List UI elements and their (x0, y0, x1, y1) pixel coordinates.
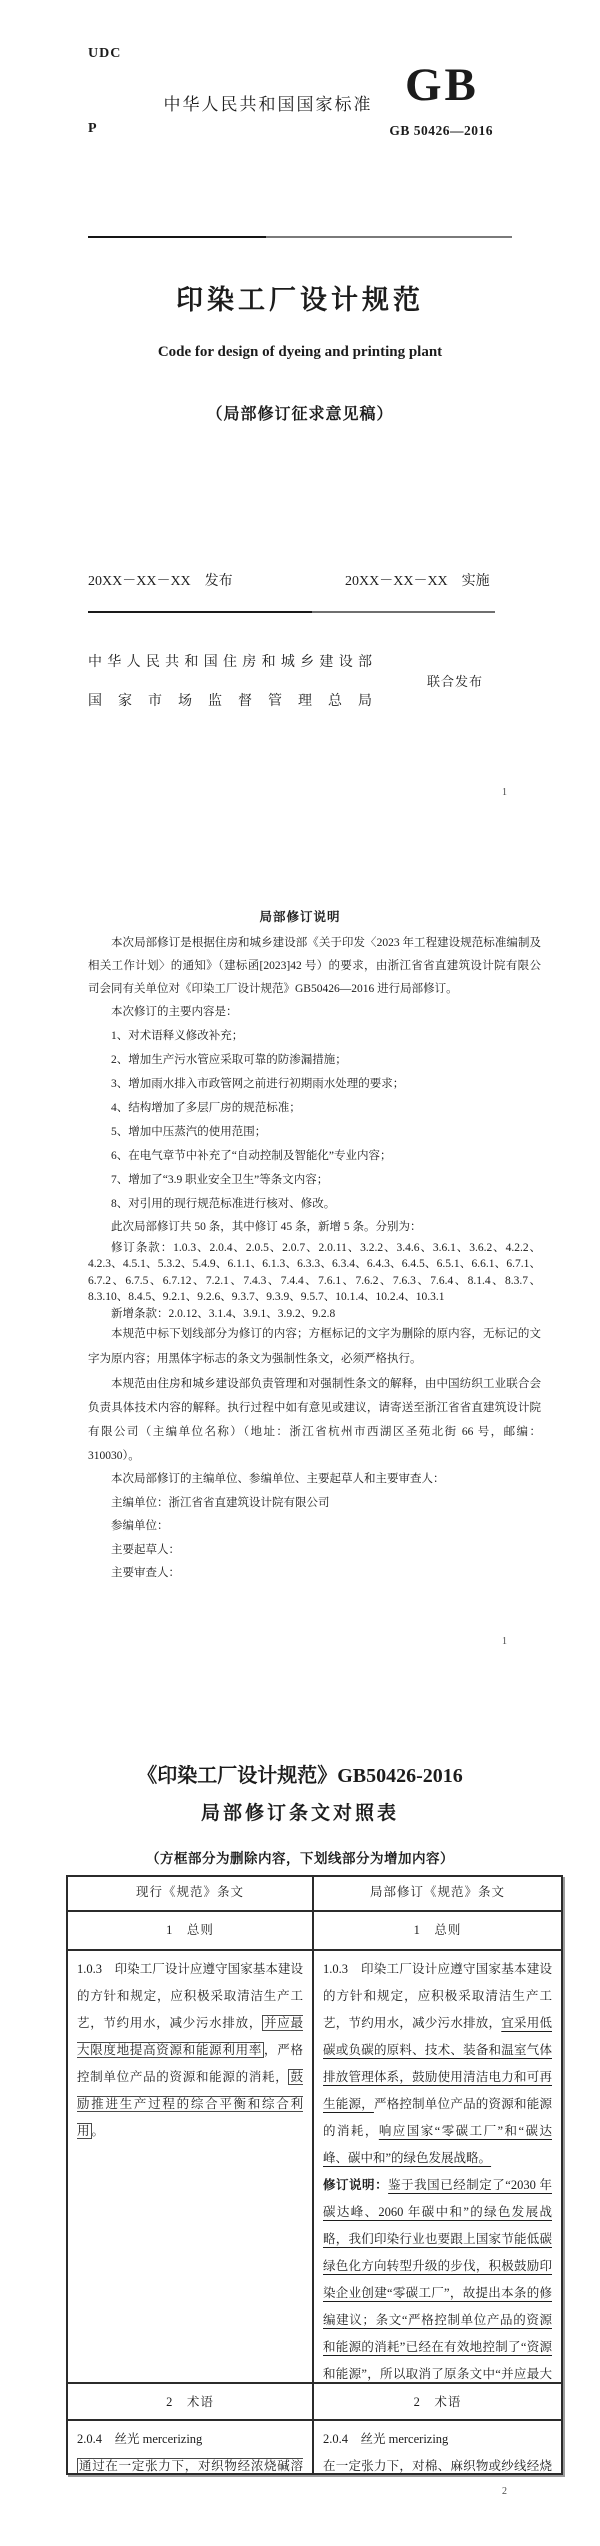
standard-title-english: Code for design of dyeing and printing p… (0, 344, 600, 361)
implementation-date: 20XX－XX－XX 实施 (345, 570, 490, 590)
draft-for-comment-note: （局部修订征求意见稿） (0, 401, 600, 424)
list-item: 5、增加中压蒸汽的使用范围； (88, 1120, 541, 1144)
column-header-current: 现行《规范》条文 (68, 1877, 312, 1910)
list-item: 4、结构增加了多层厂房的规范标准； (88, 1096, 541, 1120)
revision-explanation-title: 局部修订说明 (0, 907, 600, 925)
comparison-table: 现行《规范》条文 局部修订《规范》条文 1 总则 1 总则 1.0.3 印染工厂… (66, 1875, 563, 2475)
comparison-title-line1: 《印染工厂设计规范》GB50426-2016 (0, 1759, 600, 1788)
main-drafters: 主要起草人： (88, 1539, 541, 1563)
section-terms-current: 2 术语 (68, 2382, 312, 2419)
management-paragraph: 本规范由住房和城乡建设部负责管理和对强制性条文的解释，由中国纺织工业联合会负责具… (88, 1372, 541, 1468)
cover-bottom-rule (88, 611, 495, 613)
comparison-legend: （方框部分为删除内容，下划线部分为增加内容） (0, 1847, 600, 1867)
column-header-revised: 局部修订《规范》条文 (312, 1877, 561, 1910)
clause-1.0.3-revised: 1.0.3 印染工厂设计应遵守国家基本建设的方针和规定，应积极采取清洁生产工艺，… (312, 1949, 561, 2382)
revision-explanation-body: 本次局部修订是根据住房和城乡建设部《关于印发〈2023 年工程建设规范标准编制及… (88, 932, 541, 1586)
udc-label: UDC (88, 46, 121, 62)
revised-clause-numbers: 修订条款：1.0.3、2.0.4、2.0.5、2.0.7、2.0.11、3.2.… (88, 1240, 541, 1306)
list-item: 6、在电气章节中补充了“自动控制及智能化”专业内容； (88, 1144, 541, 1168)
list-item: 3、增加雨水排入市政管网之前进行初期雨水处理的要求； (88, 1072, 541, 1096)
revision-note-label: 修订说明： (323, 2178, 388, 2192)
cover-top-rule (88, 236, 512, 238)
revision-note-text: 鉴于我国已经制定了“2030 年碳达峰、2060 年碳中和”的绿色发展战略，我们… (323, 2178, 552, 2382)
list-item: 2、增加生产污水管应采取可靠的防渗漏措施； (88, 1048, 541, 1072)
list-item: 8、对引用的现行规范标准进行核对、修改。 (88, 1192, 541, 1216)
gb-logo: GB (405, 58, 479, 112)
page-number-2: 2 (502, 2486, 507, 2497)
revision-count-summary: 此次局部修订共 50 条，其中修订 45 条，新增 5 条。分别为： (88, 1216, 541, 1240)
added-clause-numbers: 新增条款：2.0.12、3.1.4、3.9.1、3.9.2、9.2.8 (88, 1306, 541, 1323)
section-general-current: 1 总则 (68, 1910, 312, 1949)
clause-1.0.3-current: 1.0.3 印染工厂设计应遵守国家基本建设的方针和规定，应积极采取清洁生产工艺，… (68, 1949, 312, 2382)
revision-item-list: 1、对术语释义修改补充； 2、增加生产污水管应采取可靠的防渗漏措施； 3、增加雨… (88, 1024, 541, 1216)
national-standard-label: 中华人民共和国国家标准 (118, 90, 418, 115)
page-number-1: 1 (502, 1636, 507, 1647)
joint-issue-label: 联合发布 (427, 671, 483, 690)
participating-unit: 参编单位： (88, 1515, 541, 1539)
clause-2.0.4-current: 2.0.4 丝光 mercerizing 通过在一定张力下，对织物经浓烧碱溶液处… (68, 2419, 312, 2473)
issuer-samr: 国家市场监督管理总局 (88, 690, 372, 710)
issuer-mohurd: 中华人民共和国住房和城乡建设部 (88, 651, 372, 671)
p-classification-label: P (88, 121, 97, 137)
added-text: 在一定张力下，对棉、麻织物或纱线经烧碱溶 (323, 2459, 552, 2473)
standard-number: GB 50426—2016 (340, 123, 493, 139)
main-reviewers: 主要审查人： (88, 1562, 541, 1586)
paragraph-basis: 本次局部修订是根据住房和城乡建设部《关于印发〈2023 年工程建设规范标准编制及… (88, 932, 541, 1001)
section-general-revised: 1 总则 (312, 1910, 561, 1949)
list-item: 7、增加了“3.9 职业安全卫生”等条文内容； (88, 1168, 541, 1192)
marking-convention-note: 本规范中标下划线部分为修订的内容；方框标记的文字为删除的原内容，无标记的文字为原… (88, 1322, 541, 1372)
units-intro: 本次局部修订的主编单位、参编单位、主要起草人和主要审查人： (88, 1468, 541, 1492)
clause-2.0.4-revised: 2.0.4 丝光 mercerizing 在一定张力下，对棉、麻织物或纱线经烧碱… (312, 2419, 561, 2473)
comparison-title-line2: 局部修订条文对照表 (0, 1798, 600, 1825)
issue-date: 20XX－XX－XX 发布 (88, 570, 233, 590)
list-item: 1、对术语释义修改补充； (88, 1024, 541, 1048)
paragraph-main-content-intro: 本次修订的主要内容是： (88, 1001, 541, 1024)
term-heading: 2.0.4 丝光 mercerizing (323, 2432, 448, 2446)
deleted-text: 通过在一定张力下，对织物经浓烧碱溶液处理 (77, 2458, 303, 2473)
standard-title-chinese: 印染工厂设计规范 (0, 278, 600, 317)
page-number-1: 1 (502, 787, 507, 798)
chief-editing-unit: 主编单位：浙江省省直建筑设计院有限公司 (88, 1492, 541, 1516)
text-plain: 。 (92, 2124, 105, 2138)
term-heading: 2.0.4 丝光 mercerizing (77, 2432, 202, 2446)
section-terms-revised: 2 术语 (312, 2382, 561, 2419)
